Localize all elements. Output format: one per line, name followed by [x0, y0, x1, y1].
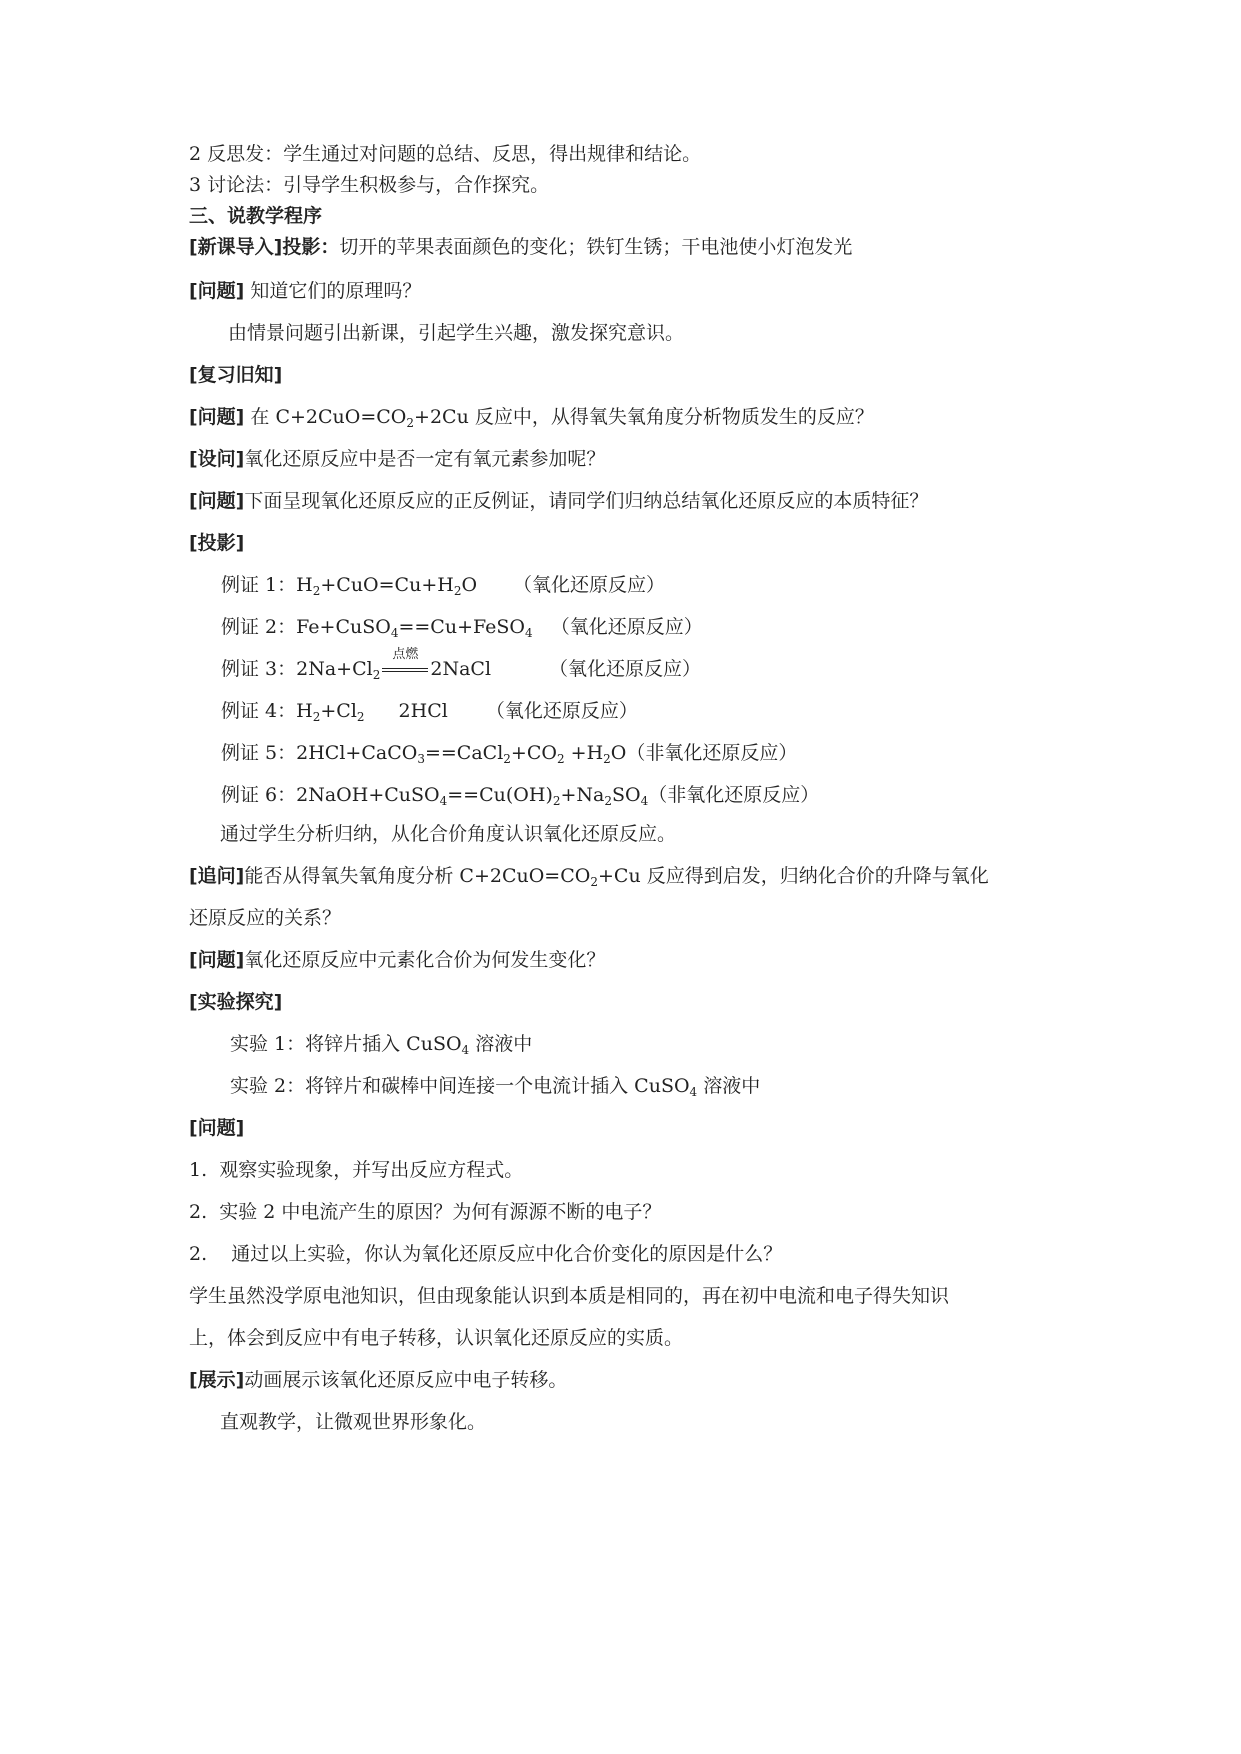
example-type: （氧化还原反应） — [486, 700, 638, 722]
question-tag: [设问] — [189, 448, 244, 470]
question-item-1: 1. 观察实验现象，并写出反应方程式。 — [189, 1158, 523, 1182]
experiment-text-pre: 实验 2：将锌片和碳棒中间连接一个电流计插入 CuSO — [230, 1075, 690, 1097]
example-type: （氧化还原反应） — [513, 574, 665, 596]
show-tag: [展示] — [189, 1369, 244, 1391]
example-5: 例证 5：2HCl+CaCO3==CaCl2+CO2 +H2O（非氧化还原反应） — [221, 741, 797, 765]
subscript: 2 — [406, 416, 414, 430]
question-3: [设问]氧化还原反应中是否一定有氧元素参加呢？ — [189, 447, 605, 471]
question-text-post: +Cu 反应得到启发，归纳化合价的升降与氧化 — [598, 865, 989, 887]
experiment-2: 实验 2：将锌片和碳棒中间连接一个电流计插入 CuSO4 溶液中 — [230, 1074, 760, 1098]
question-text-pre: 能否从得氧失氧角度分析 C+2CuO=CO — [244, 865, 590, 887]
example-label: 例证 5： — [221, 742, 296, 764]
question-tag: [追问] — [189, 865, 244, 887]
show-text: 动画展示该氧化还原反应中电子转移。 — [244, 1369, 567, 1391]
experiment-text-post: 溶液中 — [469, 1033, 532, 1055]
question-5-continued: 还原反应的关系？ — [189, 906, 341, 930]
subscript: 2 — [590, 875, 598, 889]
method-3: 3 讨论法：引导学生积极参与，合作探究。 — [189, 173, 549, 197]
question-tag: [问题] — [189, 490, 244, 512]
example-3: 例证 3：2Na+Cl2点燃2NaCl（氧化还原反应） — [221, 657, 701, 681]
projection-heading: [投影] — [189, 531, 244, 555]
example-6: 例证 6：2NaOH+CuSO4==Cu(OH)2+Na2SO4（非氧化还原反应… — [221, 783, 819, 807]
summary-1: 通过学生分析归纳，从化合价角度认识氧化还原反应。 — [220, 822, 676, 846]
question-5: [追问]能否从得氧失氧角度分析 C+2CuO=CO2+Cu 反应得到启发，归纳化… — [189, 864, 989, 888]
summary-2-line-1: 学生虽然没学原电池知识，但由现象能认识到本质是相同的，再在初中电流和电子得失知识 — [189, 1284, 949, 1308]
summary-3: 直观教学，让微观世界形象化。 — [220, 1410, 486, 1434]
example-label: 例证 1： — [221, 574, 296, 596]
intro-paragraph: [新课导入]投影：切开的苹果表面颜色的变化；铁钉生锈；干电池使小灯泡发光 — [189, 235, 852, 259]
intro-text: 切开的苹果表面颜色的变化；铁钉生锈；干电池使小灯泡发光 — [339, 236, 852, 258]
reaction-condition-arrow: 点燃 — [380, 657, 430, 681]
question-tag: [问题] — [189, 949, 244, 971]
example-type: （非氧化还原反应） — [626, 742, 797, 764]
question-6: [问题]氧化还原反应中元素化合价为何发生变化？ — [189, 948, 605, 972]
summary-2-line-2: 上，体会到反应中有电子转移，认识氧化还原反应的实质。 — [189, 1326, 683, 1350]
experiment-text-post: 溶液中 — [697, 1075, 760, 1097]
question-text: 下面呈现氧化还原反应的正反例证，请同学们归纳总结氧化还原反应的本质特征？ — [244, 490, 928, 512]
example-4: 例证 4：H2+Cl22HCl（氧化还原反应） — [221, 699, 638, 723]
method-2: 2 反思发：学生通过对问题的总结、反思，得出规律和结论。 — [189, 142, 701, 166]
example-type: （氧化还原反应） — [549, 658, 701, 680]
review-heading: [复习旧知] — [189, 363, 282, 387]
question-text: 氧化还原反应中元素化合价为何发生变化？ — [244, 949, 605, 971]
question-text-pre: 在 C+2CuO=CO — [244, 406, 406, 428]
question-tag: [问题] — [189, 280, 244, 302]
example-label: 例证 6： — [221, 784, 296, 806]
experiment-1: 实验 1：将锌片插入 CuSO4 溶液中 — [230, 1032, 532, 1056]
example-type: （非氧化还原反应） — [648, 784, 819, 806]
document-page: 2 反思发：学生通过对问题的总结、反思，得出规律和结论。 3 讨论法：引导学生积… — [0, 0, 1241, 1754]
question-2: [问题] 在 C+2CuO=CO2+2Cu 反应中，从得氧失氧角度分析物质发生的… — [189, 405, 874, 429]
example-label: 例证 4： — [221, 700, 296, 722]
question-1: [问题] 知道它们的原理吗？ — [189, 279, 421, 303]
question-item-3: 2. 通过以上实验，你认为氧化还原反应中化合价变化的原因是什么？ — [189, 1242, 782, 1266]
question-item-2: 2. 实验 2 中电流产生的原因？为何有源源不断的电子？ — [189, 1200, 661, 1224]
experiment-heading: [实验探究] — [189, 990, 282, 1014]
question-text: 氧化还原反应中是否一定有氧元素参加呢？ — [244, 448, 605, 470]
example-label: 例证 2： — [221, 616, 296, 638]
question-tag: [问题] — [189, 406, 244, 428]
section-heading: 三、说教学程序 — [189, 204, 322, 228]
questions-heading: [问题] — [189, 1116, 244, 1140]
question-4: [问题]下面呈现氧化还原反应的正反例证，请同学们归纳总结氧化还原反应的本质特征？ — [189, 489, 928, 513]
example-type: （氧化还原反应） — [551, 616, 703, 638]
show-paragraph: [展示]动画展示该氧化还原反应中电子转移。 — [189, 1368, 567, 1392]
reaction-condition: 点燃 — [380, 643, 430, 667]
intro-note: 由情景问题引出新课，引起学生兴趣，激发探究意识。 — [228, 321, 684, 345]
question-text-post: +2Cu 反应中，从得氧失氧角度分析物质发生的反应？ — [414, 406, 874, 428]
experiment-text-pre: 实验 1：将锌片插入 CuSO — [230, 1033, 462, 1055]
example-2: 例证 2：Fe+CuSO4==Cu+FeSO4 （氧化还原反应） — [221, 615, 703, 639]
example-label: 例证 3： — [221, 658, 296, 680]
question-text: 知道它们的原理吗？ — [244, 280, 421, 302]
example-1: 例证 1：H2+CuO=Cu+H2O（氧化还原反应） — [221, 573, 665, 597]
intro-tag: [新课导入]投影： — [189, 236, 339, 258]
